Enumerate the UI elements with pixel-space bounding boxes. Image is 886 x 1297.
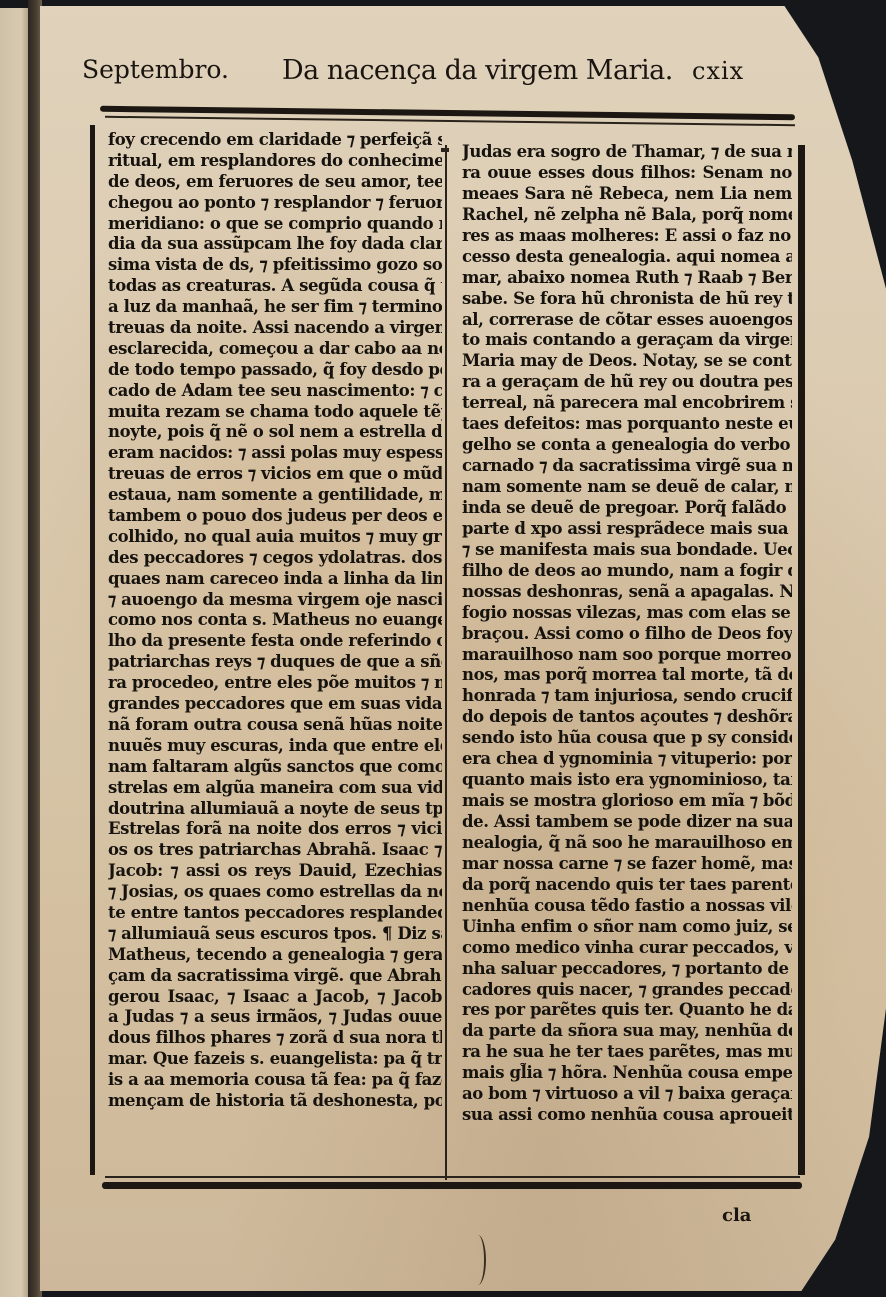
text-line: nealogia, q̃ nã soo he marauilhoso em to… [462, 833, 792, 854]
text-line: fogio nossas vilezas, mas com elas se a [462, 603, 792, 624]
text-line: mais se mostra glorioso em mĩa ⁊ bõda [462, 791, 792, 812]
text-line: terreal, nã parecera mal encobrirem se o… [462, 393, 792, 414]
text-line: sua assi como nenhũa cousa aproueita a [462, 1105, 792, 1126]
bottom-rule [102, 1182, 802, 1189]
text-line: da parte da sñora sua may, nenhũa deshõ [462, 1021, 792, 1042]
text-line: de deos, em feruores de seu amor, tee q̃… [108, 172, 442, 193]
text-line: cadores quis nacer, ⁊ grandes peccado- [462, 980, 792, 1001]
folio-number: cxix [692, 57, 744, 85]
text-line: estaua, nam somente a gentilidade, mas [108, 485, 442, 506]
text-line: nos, mas porq̃ morrea tal morte, tã des [462, 665, 792, 686]
text-line: al, correrase de cõtar esses auoengos, q… [462, 310, 792, 331]
text-line: ⁊ auoengo da mesma virgem oje nascida [108, 590, 442, 611]
text-line: Rachel, nẽ zelpha nẽ Bala, porq̃ nomea- [462, 205, 792, 226]
text-line: mençam de historia tã deshonesta, pois q… [108, 1091, 442, 1112]
text-line: Jacob: ⁊ assi os reys Dauid, Ezechias [108, 861, 442, 882]
text-line: como medico vinha curar peccados, vi- [462, 938, 792, 959]
text-line: is a aa memoria cousa tã fea: pa q̃ faze… [108, 1070, 442, 1091]
text-line: gerou Isaac, ⁊ Isaac a Jacob, ⁊ Jacob [108, 987, 442, 1008]
previous-page-edge [0, 8, 30, 1297]
text-line: a Judas ⁊ a seus irmãos, ⁊ Judas ouue [108, 1007, 442, 1028]
text-line: quaes nam careceo inda a linha da linajẽ [108, 569, 442, 590]
text-line: çam da sacratissima virgẽ. que Abraham [108, 966, 442, 987]
text-line: strelas em algũa maneira com sua vida ⁊ [108, 778, 442, 799]
text-line: do depois de tantos açoutes ⁊ deshõras: [462, 707, 792, 728]
text-line: cado de Adam tee seu nascimento: ⁊ cõ [108, 381, 442, 402]
text-line: esclarecida, começou a dar cabo aa noyte [108, 339, 442, 360]
pen-mark [470, 1235, 486, 1285]
text-line: noyte, pois q̃ nẽ o sol nem a estrella d… [108, 422, 442, 443]
text-line: nossas deshonras, senã a apagalas. Não [462, 582, 792, 603]
text-line: dous filhos phares ⁊ zorã d sua nora tha [108, 1028, 442, 1049]
text-line: nam faltaram algũs sanctos que como e [108, 757, 442, 778]
text-line: parte d xpo assi resprãdece mais sua mia [462, 519, 792, 540]
text-line: treuas de erros ⁊ vicios em que o mũdo [108, 464, 442, 485]
text-line: ra procedeo, entre eles põe muitos ⁊ mui [108, 673, 442, 694]
text-line: nha saluar peccadores, ⁊ portanto de pe [462, 959, 792, 980]
text-line: honrada ⁊ tam injuriosa, sendo crucifica [462, 686, 792, 707]
text-line: eram nacidos: ⁊ assi polas muy espessas [108, 443, 442, 464]
text-line: nuuẽs muy escuras, inda que entre eles [108, 736, 442, 757]
text-line: de todo tempo passado, q̃ foy desdo pec [108, 360, 442, 381]
text-line: de. Assi tambem se pode dizer na sua ge- [462, 812, 792, 833]
text-line: ⁊ se manifesta mais sua bondade. Ueo o [462, 540, 792, 561]
text-line: treuas da noite. Assi nacendo a virgem [108, 318, 442, 339]
text-line: Estrelas forã na noite dos erros ⁊ vici [108, 819, 442, 840]
text-line: Judas era sogro de Thamar, ⁊ de sua no [462, 142, 792, 163]
text-line: sima vista de ds, ⁊ pfeitissimo gozo sob… [108, 255, 442, 276]
running-head-title: Da nacença da virgem Maria. [282, 55, 673, 86]
signature-mark: cla [722, 1205, 751, 1226]
text-line: colhido, no qual auia muitos ⁊ muy grã [108, 527, 442, 548]
text-line: braçou. Assi como o filho de Deos foy [462, 624, 792, 645]
text-line: ra a geraçam de hũ rey ou doutra pessoa [462, 372, 792, 393]
frame-right-border [798, 145, 805, 1175]
right-text-column: Judas era sogro de Thamar, ⁊ de sua nora… [462, 142, 792, 1126]
text-line: tambem o pouo dos judeus per deos es [108, 506, 442, 527]
running-head-month: Septembro. [82, 55, 229, 84]
text-line: doutrina allumiauã a noyte de seus tpos. [108, 799, 442, 820]
text-line: mar, abaixo nomea Ruth ⁊ Raab ⁊ Ber [462, 268, 792, 289]
text-line: nã foram outra cousa senã hũas noites ou [108, 715, 442, 736]
book-gutter [28, 0, 42, 1297]
text-line: chegou ao ponto ⁊ resplandor ⁊ feruor [108, 193, 442, 214]
text-line: inda se deuẽ de pregoar. Porq̃ falãdo da [462, 498, 792, 519]
text-line: ra ouue esses dous filhos: Senam no [462, 163, 792, 184]
text-line: te entre tantos peccadores resplandeciã [108, 903, 442, 924]
text-line: mar. Que fazeis s. euangelista: pa q̃ tr… [108, 1049, 442, 1070]
column-divider [445, 145, 447, 1180]
text-line: nam somente nam se deuẽ de calar, mas [462, 477, 792, 498]
column-divider-ornament [441, 148, 449, 152]
text-line: to mais contando a geraçam da virgem [462, 330, 792, 351]
text-line: Maria may de Deos. Notay, se se conta [462, 351, 792, 372]
text-line: taes defeitos: mas porquanto neste euã [462, 414, 792, 435]
text-line: res as maas molheres: E assi o faz no pr… [462, 226, 792, 247]
text-line: meridiano: o que se comprio quando no [108, 214, 442, 235]
text-line: Uinha enfim o sñor nam como juiz, senã [462, 917, 792, 938]
text-line: a luz da manhaã, he ser fim ⁊ termino da… [108, 297, 442, 318]
text-line: como nos conta s. Matheus no euange [108, 610, 442, 631]
text-line: quanto mais isto era ygnominioso, tanto [462, 770, 792, 791]
text-line: dia da sua assũpcam lhe foy dada claris [108, 234, 442, 255]
text-line: res por parẽtes quis ter. Quanto he da [462, 1000, 792, 1021]
text-line: os os tres patriarchas Abrahã. Isaac ⁊ [108, 840, 442, 861]
text-line: des peccadores ⁊ cegos ydolatras. dos [108, 548, 442, 569]
running-head: Septembro. Da nacença da virgem Maria. c… [82, 55, 762, 95]
text-line: ao bom ⁊ virtuoso a vil ⁊ baixa geraçam [462, 1084, 792, 1105]
text-line: da porq̃ nacendo quis ter taes parentes [462, 875, 792, 896]
text-line: patriarchas reys ⁊ duques de que a sñoa [108, 652, 442, 673]
text-line: muita rezam se chama todo aquele tẽpo [108, 402, 442, 423]
left-text-column: foy crecendo em claridade ⁊ perfeiçã spi… [108, 130, 442, 1112]
text-line: nenhũa cousa tẽdo fastio a nossas vileza… [462, 896, 792, 917]
text-line: ritual, em resplandores do conhecimento [108, 151, 442, 172]
text-line: Matheus, tecendo a genealogia ⁊ gera [108, 945, 442, 966]
text-line: ra he sua he ter taes parẽtes, mas muito [462, 1042, 792, 1063]
text-line: sabe. Se fora hũ chronista de hũ rey ter… [462, 289, 792, 310]
text-line: sendo isto hũa cousa que p sy considerad… [462, 728, 792, 749]
text-line: marauilhoso nam soo porque morreo por [462, 645, 792, 666]
text-line: era chea d ygnominia ⁊ vituperio: porẽ [462, 749, 792, 770]
text-line: mar nossa carne ⁊ se fazer homẽ, mas in [462, 854, 792, 875]
text-line: ⁊ allumiauã seus escuros tpos. ¶ Diz sã [108, 924, 442, 945]
bottom-rule-thin [105, 1176, 800, 1178]
text-line: meaes Sara nẽ Rebeca, nem Lia nem [462, 184, 792, 205]
text-line: lho da presente festa onde referindo os [108, 631, 442, 652]
text-line: cesso desta genealogia. aqui nomea a tha [462, 247, 792, 268]
text-line: todas as creaturas. A segũda cousa q̃ tẽ [108, 276, 442, 297]
text-line: foy crecendo em claridade ⁊ perfeiçã spi… [108, 130, 442, 151]
text-line: ⁊ Josias, os quaes como estrellas da noi [108, 882, 442, 903]
text-line: grandes peccadores que em suas vidas [108, 694, 442, 715]
frame-left-border [90, 125, 95, 1175]
text-line: filho de deos ao mundo, nam a fogir de [462, 561, 792, 582]
text-line: mais gl̃ia ⁊ hõra. Nenhũa cousa empede [462, 1063, 792, 1084]
text-line: carnado ⁊ da sacratissima virgẽ sua may [462, 456, 792, 477]
text-line: gelho se conta a genealogia do verbo en [462, 435, 792, 456]
